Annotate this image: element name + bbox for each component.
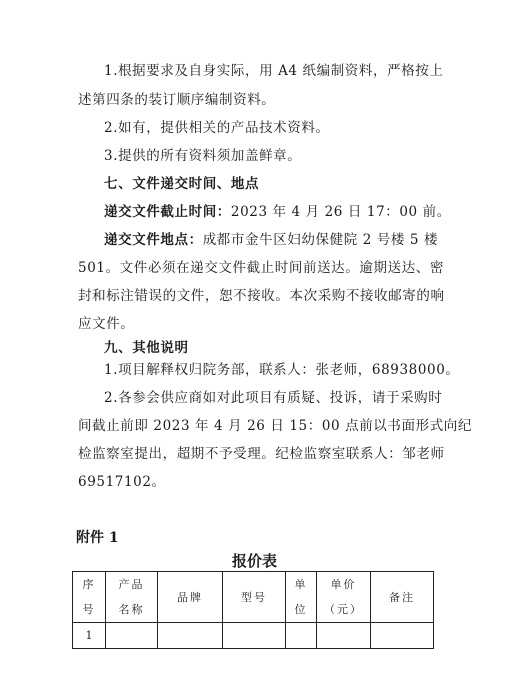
header-cell-model: 型号 bbox=[223, 572, 286, 623]
annex-label: 附件 1 bbox=[76, 527, 119, 547]
table-cell bbox=[223, 623, 286, 649]
location-line: 递交文件地点：成都市金牛区妇幼保健院 2 号楼 5 楼 bbox=[104, 231, 438, 249]
quote-table: 序号 产品名称 品牌 型号 单位 单价（元） 备注 1 bbox=[72, 571, 434, 649]
table-title: 报价表 bbox=[0, 550, 509, 571]
header-cell-index: 序号 bbox=[73, 572, 106, 623]
paragraph-line: 检监察室提出，超期不予受理。纪检监察室联系人：邹老师 bbox=[78, 445, 445, 463]
paragraph-line: 1.项目解释权归院务部，联系人：张老师，68938000。 bbox=[104, 361, 460, 379]
paragraph-line: 3.提供的所有资料须加盖鲜章。 bbox=[104, 147, 301, 165]
table-cell: 1 bbox=[73, 623, 106, 649]
paragraph-line: 2.如有，提供相关的产品技术资料。 bbox=[104, 119, 330, 137]
table-cell bbox=[286, 623, 317, 649]
section-heading: 九、其他说明 bbox=[104, 339, 189, 357]
section-heading: 七、文件递交时间、地点 bbox=[104, 175, 259, 193]
paragraph-line: 应文件。 bbox=[78, 315, 134, 333]
table-row: 1 bbox=[73, 623, 434, 649]
header-cell-remarks: 备注 bbox=[371, 572, 434, 623]
header-cell-unit: 单位 bbox=[286, 572, 317, 623]
paragraph-line: 间截止前即 2023 年 4 月 26 日 15：00 点前以书面形式向纪 bbox=[78, 417, 472, 435]
location-value: 成都市金牛区妇幼保健院 2 号楼 5 楼 bbox=[203, 232, 438, 248]
header-cell-unit-price: 单价（元） bbox=[317, 572, 371, 623]
table-header-row: 序号 产品名称 品牌 型号 单位 单价（元） 备注 bbox=[73, 572, 434, 623]
deadline-label: 递交文件截止时间： bbox=[104, 204, 231, 220]
paragraph-line: 述第四条的装订顺序编制资料。 bbox=[78, 91, 275, 109]
paragraph-line: 69517102。 bbox=[78, 473, 166, 491]
paragraph-line: 2.各参会供应商如对此项目有质疑、投诉，请于采购时 bbox=[104, 389, 442, 407]
paragraph-line: 封和标注错误的文件，恕不接收。本次采购不接收邮寄的响 bbox=[78, 287, 445, 305]
location-label: 递交文件地点： bbox=[104, 232, 203, 248]
table-cell bbox=[317, 623, 371, 649]
table-cell bbox=[158, 623, 223, 649]
deadline-line: 递交文件截止时间：2023 年 4 月 26 日 17：00 前。 bbox=[104, 203, 451, 221]
table-cell bbox=[106, 623, 158, 649]
paragraph-line: 1.根据要求及自身实际，用 A4 纸编制资料，严格按上 bbox=[104, 62, 444, 80]
paragraph-line: 501。文件必须在递交文件截止时间前送达。逾期送达、密 bbox=[78, 259, 444, 277]
table-cell bbox=[371, 623, 434, 649]
header-cell-product-name: 产品名称 bbox=[106, 572, 158, 623]
deadline-value: 2023 年 4 月 26 日 17：00 前。 bbox=[231, 204, 451, 220]
header-cell-brand: 品牌 bbox=[158, 572, 223, 623]
